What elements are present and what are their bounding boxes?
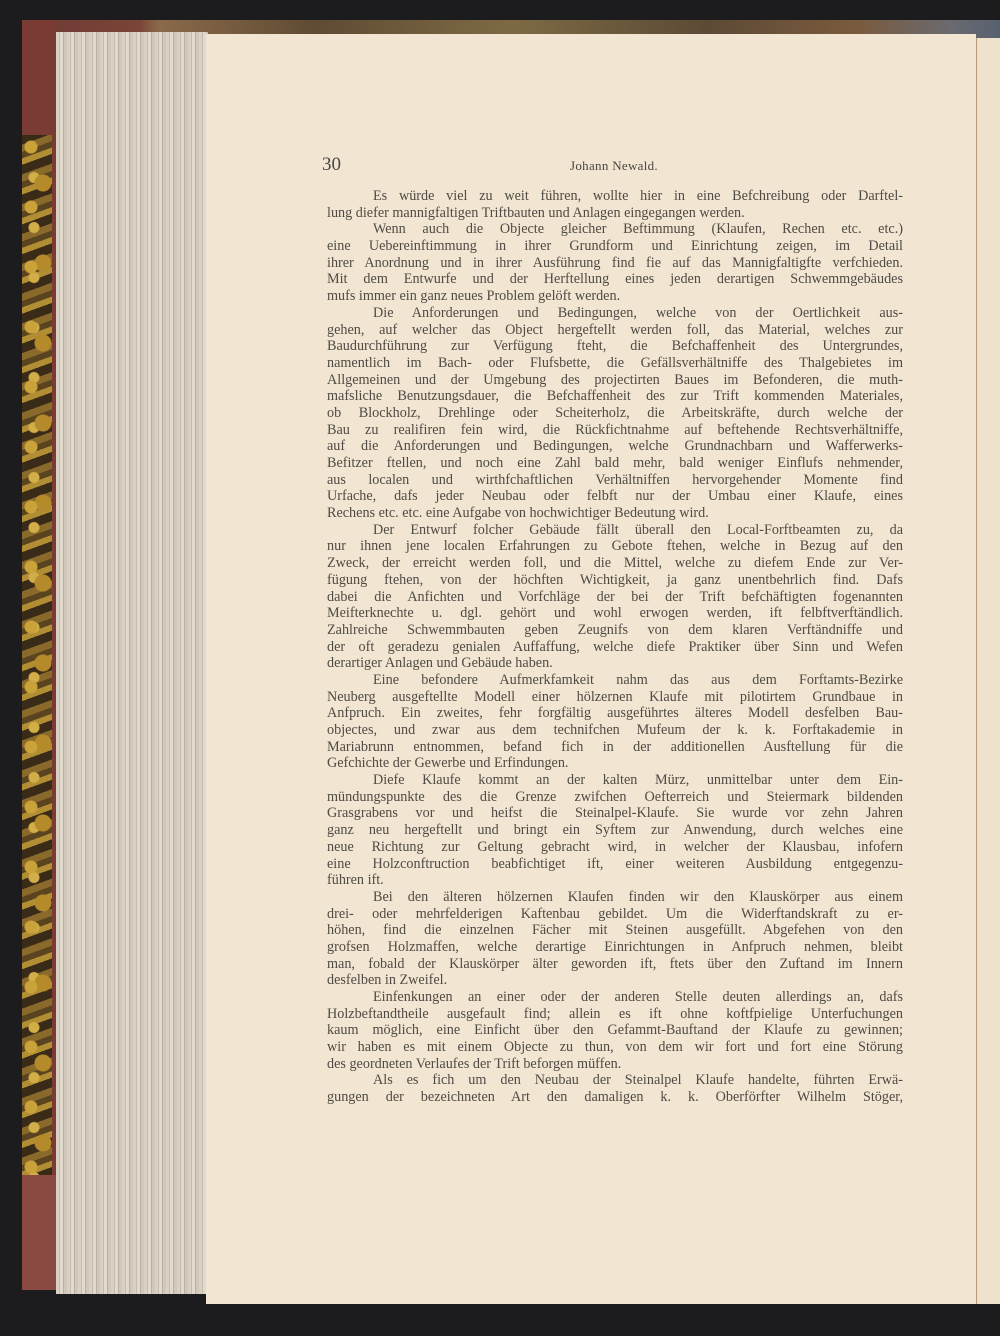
- text-line: gungen der bezeichneten Art den damalige…: [327, 1089, 903, 1106]
- text-line: wir haben es mit einem Objecte zu thun, …: [327, 1039, 903, 1056]
- text-line: ihrer Anordnung und in ihrer Ausführung …: [327, 255, 903, 272]
- paragraph: Die Anforderungen und Bedingungen, welch…: [327, 305, 903, 522]
- text-line: Neuberg ausgeftellte Modell einer hölzer…: [327, 689, 903, 706]
- text-line: Rechens etc. etc. eine Aufgabe von hochw…: [327, 505, 903, 522]
- paragraph: Als es fich um den Neubau der Steinalpel…: [327, 1072, 903, 1105]
- text-line: eine Holzconftruction beabfichtiget ift,…: [327, 856, 903, 873]
- paragraph: Es würde viel zu weit führen, wollte hie…: [327, 188, 903, 221]
- paragraph: Der Entwurf folcher Gebäude fällt überal…: [327, 522, 903, 672]
- text-line: drei- oder mehrfelderigen Kaftenbau gebi…: [327, 906, 903, 923]
- text-line: Meifterknechte u. dgl. gehört und wohl e…: [327, 605, 903, 622]
- text-line: auf die Anforderungen und Bedingungen, w…: [327, 438, 903, 455]
- text-line: Mariabrunn entnommen, befand fich in der…: [327, 739, 903, 756]
- text-line: Es würde viel zu weit führen, wollte hie…: [327, 188, 903, 205]
- text-line: mafsliche Benutzungsdauer, die Befchaffe…: [327, 388, 903, 405]
- text-line: Mit dem Entwurfe und der Herftellung ein…: [327, 271, 903, 288]
- text-line: fügung ftehen, von der höchften Wichtigk…: [327, 572, 903, 589]
- header-author: Johann Newald.: [322, 158, 906, 174]
- text-line: Anfpruch. Ein zweites, fehr forgfältig a…: [327, 705, 903, 722]
- text-line: Baudurchführung zur Verfügung fteht, die…: [327, 338, 903, 355]
- text-line: mündungspunkte des die Grenze zwifchen O…: [327, 789, 903, 806]
- text-line: aus localen und wirthfchaftlichen Verhäl…: [327, 472, 903, 489]
- text-line: Eine befondere Aufmerkfamkeit nahm das a…: [327, 672, 903, 689]
- text-line: dabei die Anfichten und Vorfchläge der b…: [327, 589, 903, 606]
- paragraph: Bei den älteren hölzernen Klaufen finden…: [327, 889, 903, 989]
- paragraph: Eine befondere Aufmerkfamkeit nahm das a…: [327, 672, 903, 772]
- text-line: Allgemeinen und der Umgebung des project…: [327, 372, 903, 389]
- text-line: derartiger Anlagen und Gebäude haben.: [327, 655, 903, 672]
- text-line: Einfenkungen an einer oder der anderen S…: [327, 989, 903, 1006]
- text-line: Grasgrabens vor und heifst die Steinalpe…: [327, 805, 903, 822]
- text-line: desfelben in Zweifel.: [327, 972, 903, 989]
- text-line: Der Entwurf folcher Gebäude fällt überal…: [327, 522, 903, 539]
- text-line: ganz neu hergeftellt und bringt ein Syft…: [327, 822, 903, 839]
- text-line: gehen, auf welcher das Object hergeftell…: [327, 322, 903, 339]
- text-line: ob Blockholz, Drehlinge oder Scheiterhol…: [327, 405, 903, 422]
- text-line: namentlich im Bach- oder Flufsbette, die…: [327, 355, 903, 372]
- paragraph: Diefe Klaufe kommt an der kalten Mürz, u…: [327, 772, 903, 889]
- text-line: führen ift.: [327, 872, 903, 889]
- text-line: Befitzer ftellen, und noch eine Zahl bal…: [327, 455, 903, 472]
- text-line: lung diefer mannigfaltigen Triftbauten u…: [327, 205, 903, 222]
- text-line: Holzbeftandtheile ausgefault find; allei…: [327, 1006, 903, 1023]
- text-line: neue Richtung zur Geltung gebracht wird,…: [327, 839, 903, 856]
- text-line: Wenn auch die Objecte gleicher Beftimmun…: [327, 221, 903, 238]
- text-line: Zahlreiche Schwemmbauten geben Zeugnifs …: [327, 622, 903, 639]
- marbled-cover-paper: [22, 135, 52, 1175]
- paragraph: Einfenkungen an einer oder der anderen S…: [327, 989, 903, 1072]
- facing-page-edge: [976, 38, 1000, 1304]
- text-line: Als es fich um den Neubau der Steinalpel…: [327, 1072, 903, 1089]
- text-line: objectes, und zwar aus dem technifchen M…: [327, 722, 903, 739]
- book-cover-corner: [22, 1175, 56, 1290]
- text-line: nur ihnen jene localen Erfahrungen zu Ge…: [327, 538, 903, 555]
- text-line: Gefchichte der Gewerbe und Erfindungen.: [327, 755, 903, 772]
- text-line: mufs immer ein ganz neues Problem gelöft…: [327, 288, 903, 305]
- text-line: man, fobald der Klauskörper älter geword…: [327, 956, 903, 973]
- text-line: höhen, find die einzelnen Fächer mit Ste…: [327, 922, 903, 939]
- text-line: Bau zu realifiren fein wird, die Rückfic…: [327, 422, 903, 439]
- text-line: grofsen Holzmaffen, welche derartige Ein…: [327, 939, 903, 956]
- running-header: 30 Johann Newald.: [322, 154, 906, 178]
- text-line: Urfache, dafs jeder Neubau oder felbft n…: [327, 488, 903, 505]
- page-edges-stack: [56, 32, 208, 1294]
- body-text: Es würde viel zu weit führen, wollte hie…: [327, 188, 903, 1106]
- text-line: der oft geradezu genialen Auffaffung, we…: [327, 639, 903, 656]
- paragraph: Wenn auch die Objecte gleicher Beftimmun…: [327, 221, 903, 304]
- text-line: Zweck, der erreicht werden foll, und die…: [327, 555, 903, 572]
- text-line: Diefe Klaufe kommt an der kalten Mürz, u…: [327, 772, 903, 789]
- text-line: eine Uebereinftimmung in ihrer Grundform…: [327, 238, 903, 255]
- text-line: des geordneten Verlaufes der Trift befor…: [327, 1056, 903, 1073]
- text-line: Die Anforderungen und Bedingungen, welch…: [327, 305, 903, 322]
- text-line: Bei den älteren hölzernen Klaufen finden…: [327, 889, 903, 906]
- text-line: kaum möglich, eine Einficht über den Gef…: [327, 1022, 903, 1039]
